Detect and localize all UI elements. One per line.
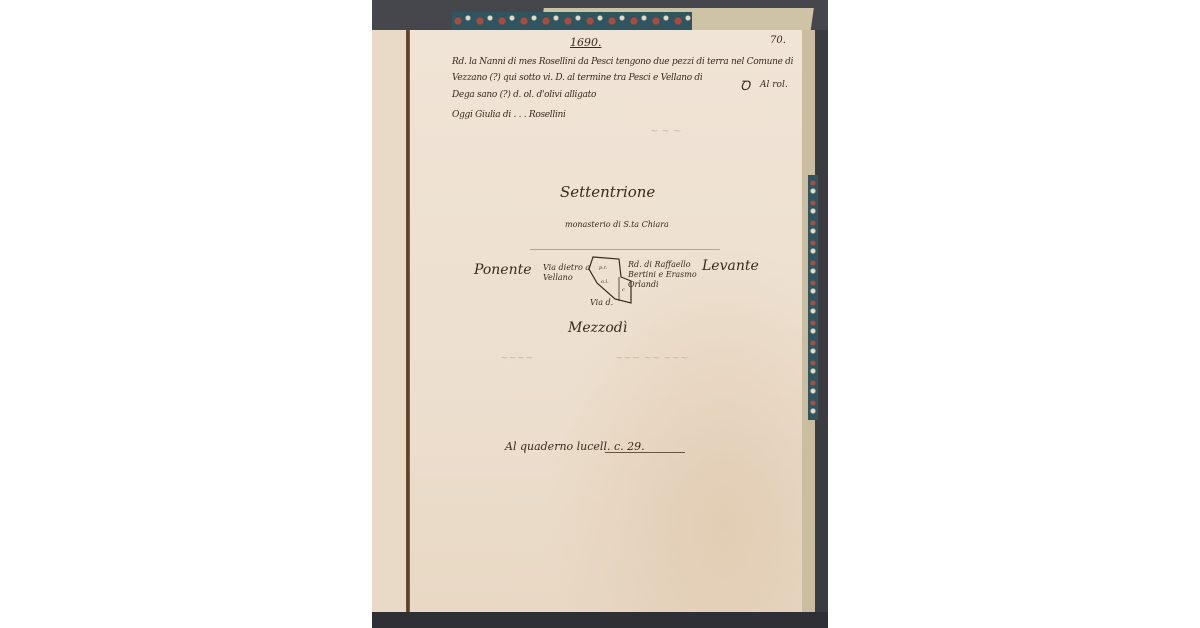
entry-line-1: Rd. la Nanni di mes Rosellini da Pesci t… (452, 57, 793, 67)
year-heading: 1690. (570, 36, 602, 49)
south-neighbor: Via d. (590, 298, 613, 308)
currency-symbol: Ꝺ (740, 76, 750, 94)
left-page-edge (372, 30, 408, 615)
bleed-through-text: ~ ~ ~ (650, 126, 682, 137)
amount-note: Al rol. (760, 80, 788, 90)
boundary-line (530, 249, 720, 250)
scan-background-bottom (372, 612, 828, 628)
svg-text:o.l.: o.l. (601, 279, 609, 285)
entry-line-3: Dega sano (?) d. ol. d'olivi alligato (452, 90, 596, 100)
entry-line-2: Vezzano (?) qui sotto vi. D. al termine … (452, 73, 702, 83)
manuscript-page: ~ ~ ~ ~~~ ~~ ~~~ ~~~~ 1690. 70. Rd. la N… (410, 30, 802, 615)
underline-rule (605, 452, 685, 453)
bleed-through-text: ~~~~ (500, 353, 534, 364)
bleed-through-text: ~~~ ~~ ~~~ (615, 353, 688, 364)
folio-number: 70. (770, 35, 786, 46)
compass-north-label: Settentrione (560, 183, 655, 201)
east-neighbor: Rd. di Raffaello Bertini e Erasmo Orland… (628, 260, 708, 290)
compass-south-label: Mezzodì (568, 320, 627, 336)
floral-endpaper (452, 12, 692, 30)
entry-line-4: Oggi Giulia di . . . Rosellini (452, 110, 566, 120)
svg-text:p.r.: p.r. (599, 265, 608, 271)
compass-east-label: Levante (702, 258, 759, 274)
north-neighbor: monasterio di S.ta Chiara (565, 220, 669, 230)
compass-west-label: Ponente (474, 262, 532, 278)
svg-text:c: c (622, 287, 625, 293)
manuscript-scan: ~ ~ ~ ~~~ ~~ ~~~ ~~~~ 1690. 70. Rd. la N… (372, 0, 828, 628)
floral-endpaper-side (808, 175, 818, 420)
